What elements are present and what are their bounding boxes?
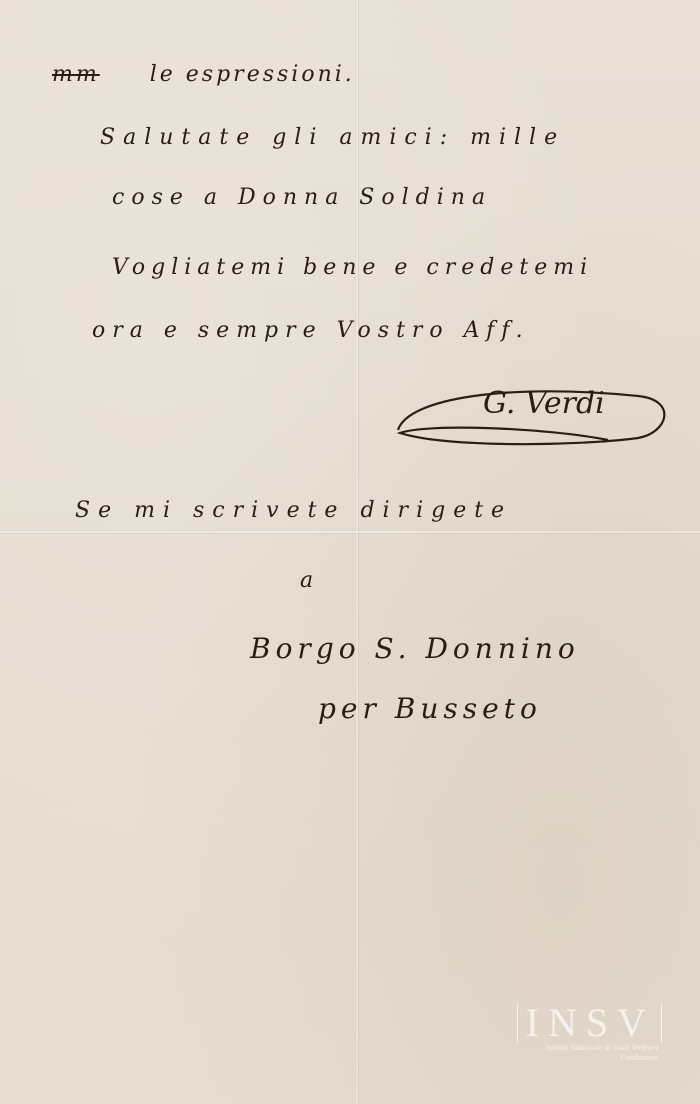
letter-line-6: Se mi scrivete dirigete [75, 498, 512, 523]
horizontal-fold-crease [0, 530, 700, 534]
letter-line-5: ora e sempre Vostro Aff. [92, 318, 530, 343]
letter-line-1: mm le espressioni. [52, 62, 355, 87]
struck-word: mm [52, 62, 100, 87]
letter-line-8: Borgo S. Donnino [250, 632, 580, 665]
letter-line-7: a [300, 568, 316, 593]
signature-text: G. Verdi [483, 386, 605, 421]
vertical-fold-crease [355, 0, 359, 1104]
insv-logo-mark: INSV [517, 1003, 662, 1043]
insv-foundation: Fondazione [512, 1053, 662, 1063]
signature: G. Verdi [388, 378, 680, 448]
letter-line-4: Vogliatemi bene e credetemi [112, 255, 593, 280]
letter-line-2: Salutate gli amici: mille [100, 125, 565, 150]
letter-line-3: cose a Donna Soldina [112, 185, 492, 210]
insv-watermark: INSV Istituto Nazionale di Studi Verdian… [512, 1003, 662, 1063]
letter-line-9: per Busseto [318, 692, 542, 725]
